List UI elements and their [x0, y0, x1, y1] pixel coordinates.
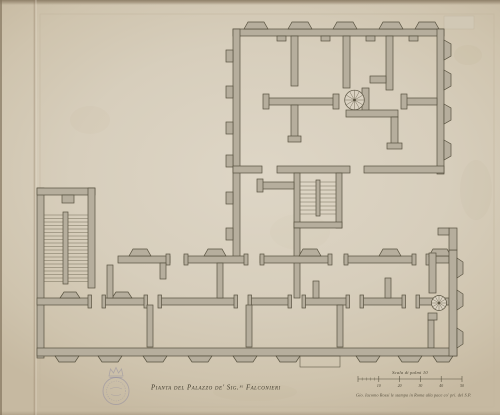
plate-title: Pianta del Palazzo de' Sig.riFalconieri: [150, 383, 281, 391]
south-wing: [37, 228, 463, 367]
floor-plan-engraving: Scala di palmi 10 10 20 30 40 50 Pianta …: [0, 0, 500, 415]
scanned-plate-page: Scala di palmi 10 10 20 30 40 50 Pianta …: [0, 0, 500, 415]
south-spiral-staircase: [432, 296, 447, 311]
scale-bar-label: Scala di palmi 10: [392, 370, 428, 375]
scale-tick-30: 30: [419, 384, 423, 388]
scale-tick-50: 50: [460, 384, 464, 388]
publisher-imprint: Gio. Iacomo Rossi le stampa in Roma alla…: [356, 393, 471, 398]
scale-bar: Scala di palmi 10 10 20 30 40 50: [358, 370, 464, 388]
north-spiral-staircase: [345, 90, 365, 110]
collection-stamp: [103, 368, 129, 405]
scale-tick-20: 20: [398, 384, 402, 388]
stamp-crown-icon: [109, 368, 123, 378]
grand-staircase: [37, 188, 95, 358]
scale-tick-40: 40: [439, 384, 443, 388]
scale-tick-10: 10: [377, 384, 381, 388]
